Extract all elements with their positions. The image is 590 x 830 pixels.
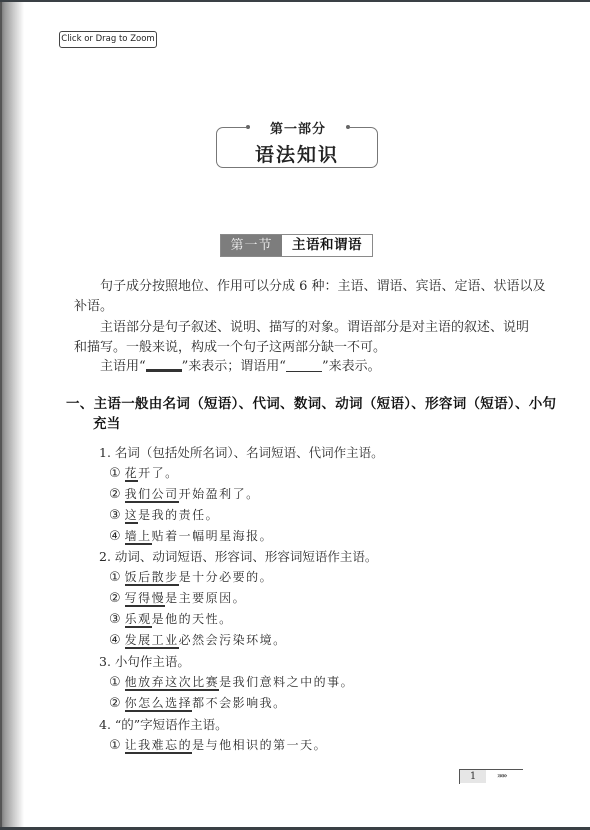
example-rest: 是主要原因。: [165, 591, 246, 605]
intro-p2-line2: 和描写。一般来说，构成一个句子这两部分缺一不可。: [74, 338, 386, 358]
subject-underlined: 他放弃这次比赛: [125, 675, 220, 691]
intro-p3-c: ”来表示。: [322, 359, 381, 374]
example-rest: 开了。: [138, 466, 179, 480]
example-rest: 必然会污染环境。: [179, 633, 287, 647]
subject-underlined: 我们公司: [125, 487, 179, 503]
page-shadow-left: [0, 0, 24, 830]
example-item: ③乐观是他的天性。: [109, 610, 233, 627]
viewer-left-border: [0, 0, 2, 830]
dot-icon: [346, 125, 350, 129]
subject-underlined: 花: [125, 466, 139, 482]
example-number: ③: [109, 612, 121, 627]
example-rest: 是十分必要的。: [179, 570, 274, 584]
example-number: ③: [109, 508, 121, 523]
section-title: 主语和谓语: [282, 235, 372, 256]
group-4-title: 4. “的”字短语作主语。: [99, 715, 228, 733]
example-item: ②写得慢是主要原因。: [109, 589, 246, 606]
section-number: 第一节: [221, 235, 282, 256]
heading-1-line1: 一、主语一般由名词（短语）、代词、数词、动词（短语）、形容词（短语）、小句: [66, 392, 556, 412]
viewer-top-border: [0, 0, 590, 2]
group-3-title: 3. 小句作主语。: [99, 652, 190, 670]
intro-p3-b: ”来表示；谓语用“: [182, 359, 286, 374]
example-item: ①饭后散步是十分必要的。: [109, 568, 273, 585]
group-2-title: 2. 动词、动词短语、形容词、形容词短语作主语。: [99, 547, 377, 565]
example-rest: 都不会影响我。: [192, 696, 287, 710]
intro-p1-line2: 补语。: [74, 297, 113, 317]
example-number: ②: [109, 487, 121, 502]
part-label-wrap: 第一部分: [246, 118, 350, 136]
subject-underlined: 发展工业: [125, 633, 179, 649]
example-number: ②: [109, 591, 121, 606]
example-rest: 贴着一幅明星海报。: [152, 529, 274, 543]
intro-p3-a: 主语用“: [100, 359, 146, 374]
subject-marker-sample: [146, 359, 182, 372]
example-number: ②: [109, 696, 121, 711]
example-item: ②我们公司开始盈利了。: [109, 485, 260, 502]
example-number: ④: [109, 529, 121, 544]
subject-underlined: 墙上: [125, 529, 152, 545]
subject-underlined: 这: [125, 508, 139, 524]
example-item: ①花开了。: [109, 464, 179, 481]
intro-p2-line1: 主语部分是句子叙述、说明、描写的对象。谓语部分是对主语的叙述、说明: [100, 318, 529, 338]
part-title: 语法知识: [216, 140, 378, 167]
example-item: ④发展工业必然会污染环境。: [109, 631, 287, 648]
dot-icon: [246, 125, 250, 129]
example-rest: 是他的天性。: [152, 612, 233, 626]
subject-underlined: 你怎么选择: [125, 696, 193, 712]
chevrons-right-icon: »»»: [497, 770, 506, 782]
example-number: ①: [109, 738, 121, 753]
example-number: ④: [109, 633, 121, 648]
example-item: ②你怎么选择都不会影响我。: [109, 694, 287, 711]
page-footer: 1 »»»: [459, 769, 523, 784]
intro-p1-line1: 句子成分按照地位、作用可以分成 6 种：主语、谓语、宾语、定语、状语以及: [100, 277, 546, 297]
example-rest: 是我的责任。: [138, 508, 219, 522]
example-rest: 开始盈利了。: [179, 487, 260, 501]
heading-1-line2: 充当: [93, 412, 121, 432]
group-1-title: 1. 名词（包括处所名词）、名词短语、代词作主语。: [99, 443, 384, 461]
example-number: ①: [109, 675, 121, 690]
page-number: 1: [460, 770, 486, 783]
example-item: ③这是我的责任。: [109, 506, 219, 523]
section-heading: 第一节 主语和谓语: [220, 234, 373, 257]
intro-p3: 主语用“”来表示；谓语用“”来表示。: [100, 357, 381, 377]
example-number: ①: [109, 570, 121, 585]
subject-underlined: 乐观: [125, 612, 152, 628]
example-number: ①: [109, 466, 121, 481]
example-item: ①他放弃这次比赛是我们意料之中的事。: [109, 673, 354, 690]
example-rest: 是我们意料之中的事。: [219, 675, 354, 689]
part-label: 第一部分: [270, 118, 326, 137]
subject-underlined: 写得慢: [125, 591, 166, 607]
example-item: ①让我难忘的是与他相识的第一天。: [109, 736, 327, 753]
subject-underlined: 让我难忘的: [125, 738, 193, 754]
zoom-button[interactable]: Click or Drag to Zoom: [59, 31, 157, 48]
subject-underlined: 饭后散步: [125, 570, 179, 586]
example-item: ④墙上贴着一幅明星海报。: [109, 527, 273, 544]
predicate-marker-sample: [286, 361, 322, 372]
example-rest: 是与他相识的第一天。: [192, 738, 327, 752]
